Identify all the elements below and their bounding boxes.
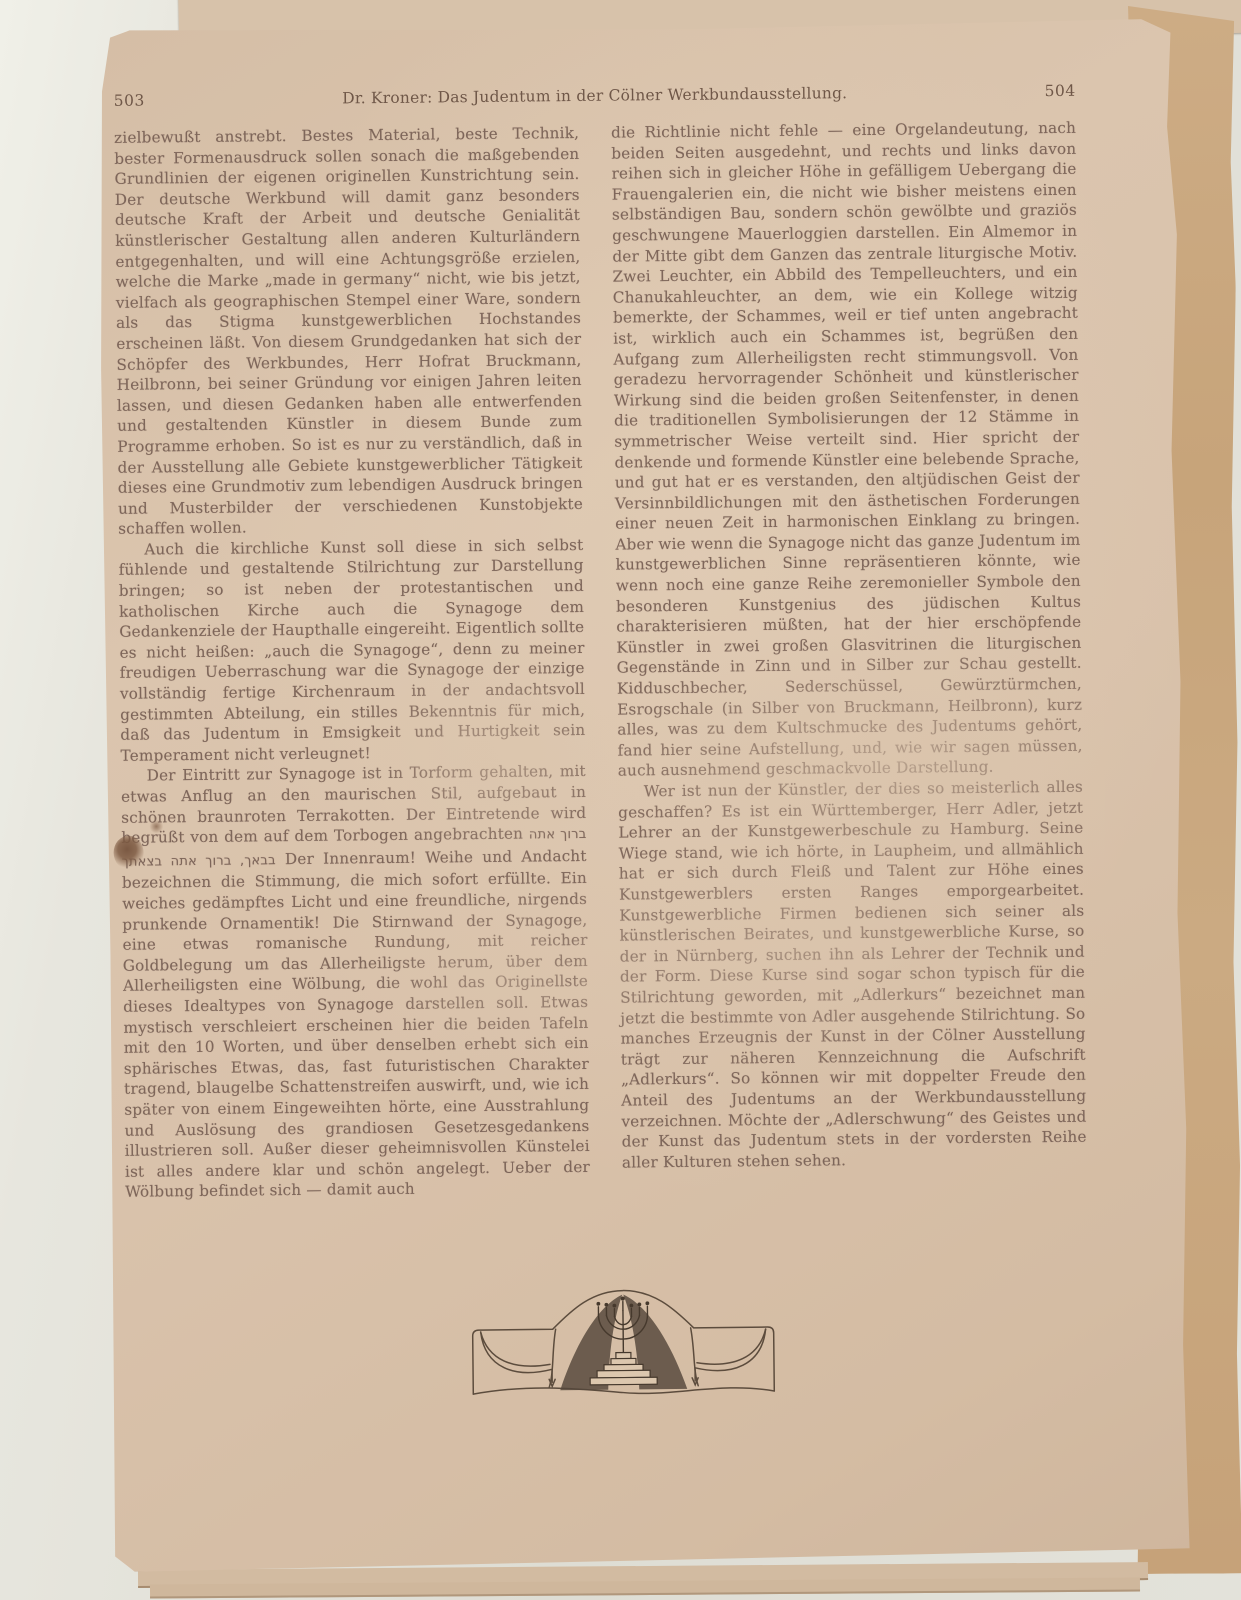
- paragraph: die Richtlinie nicht fehle — eine Orgela…: [611, 118, 1083, 782]
- column-left: zielbewußt anstrebt. Bestes Material, be…: [114, 123, 590, 1203]
- page-number-right: 504: [1006, 82, 1076, 101]
- scanned-page: 503 Dr. Kroner: Das Judentum in der Cöln…: [97, 19, 1195, 1572]
- paragraph: Der Eintritt zur Synagoge ist in Torform…: [121, 761, 591, 1202]
- paragraph: Auch die kirchliche Kunst soll diese in …: [118, 535, 585, 766]
- page-header: 503 Dr. Kroner: Das Judentum in der Cöln…: [114, 82, 1076, 110]
- right-curtain-swag: [697, 1329, 766, 1364]
- column-right: die Richtlinie nicht fehle — eine Orgela…: [611, 118, 1087, 1198]
- text-columns: zielbewußt anstrebt. Bestes Material, be…: [114, 118, 1087, 1203]
- paragraph: Wer ist nun der Künstler, der dies so me…: [618, 777, 1087, 1173]
- page-number-left: 503: [114, 91, 184, 110]
- scan-background: 503 Dr. Kroner: Das Judentum in der Cöln…: [0, 0, 1241, 1600]
- menorah-curtain-vignette: [460, 1269, 786, 1402]
- ink-stain: [113, 836, 143, 870]
- running-title: Dr. Kroner: Das Judentum in der Cölner W…: [184, 82, 1006, 109]
- ink-stain: [149, 819, 163, 833]
- paragraph: zielbewußt anstrebt. Bestes Material, be…: [114, 123, 583, 540]
- vignette-bottom-edge: [473, 1386, 774, 1396]
- left-curtain-swag: [481, 1331, 550, 1366]
- paragraph-text: Der Eintritt zur Synagoge ist in Torform…: [121, 762, 586, 847]
- paragraph-text: Der Innenraum! Weihe und Andacht bezeich…: [122, 847, 590, 1201]
